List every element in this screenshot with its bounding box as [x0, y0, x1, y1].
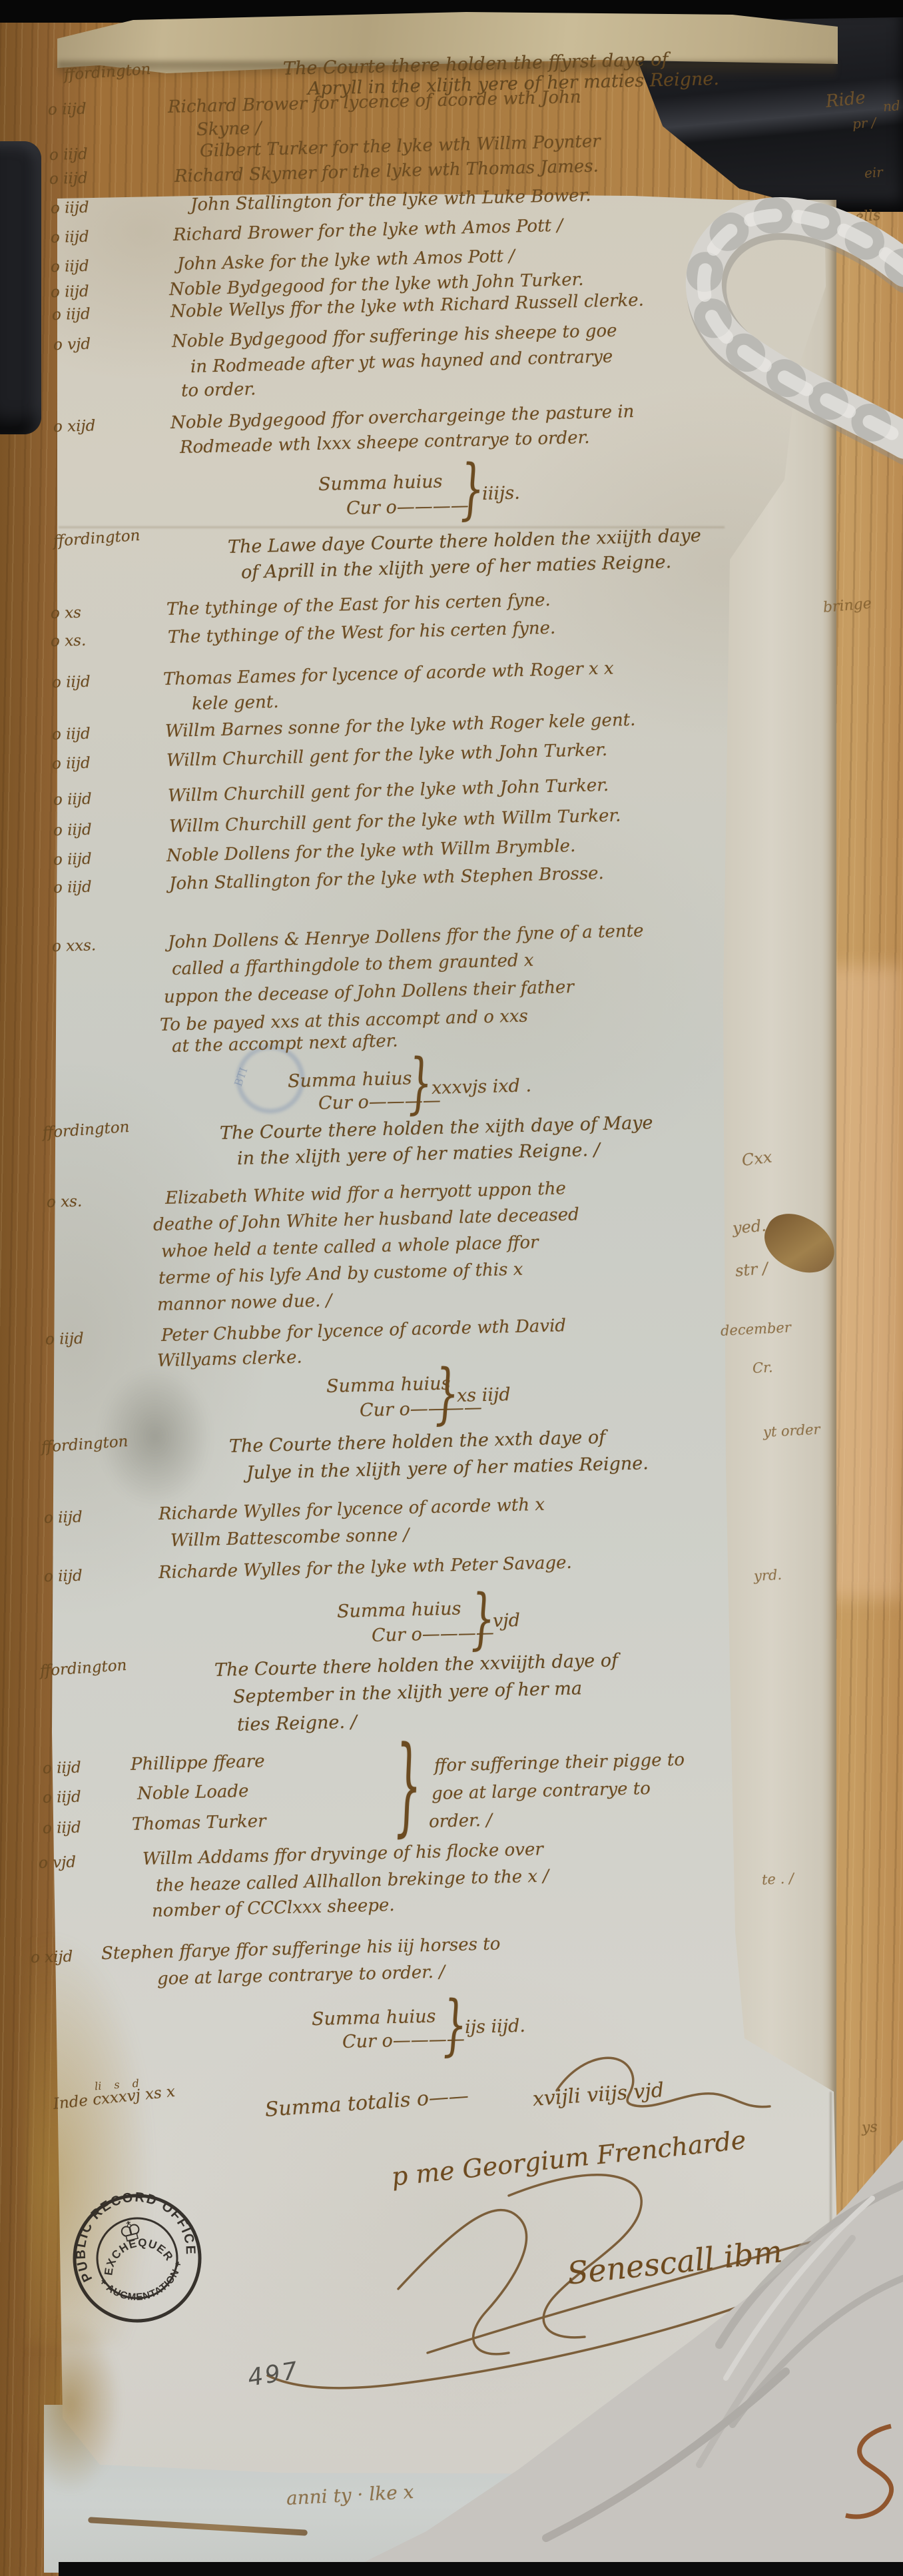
linen-cloth [0, 0, 903, 2576]
bottom-black-edge [59, 2562, 903, 2576]
photo-court-roll: BTI ffordington The Courte there holden … [0, 0, 903, 2576]
